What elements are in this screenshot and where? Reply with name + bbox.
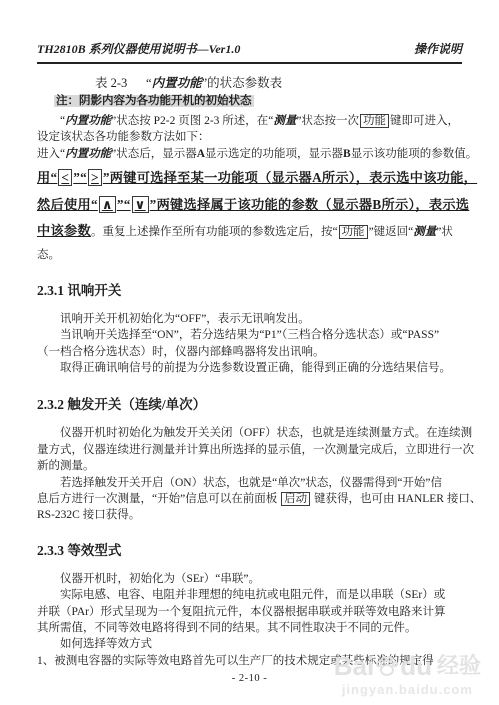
- page-header: TH2810B 系列仪器使用说明书—Ver1.0 操作说明: [37, 40, 462, 64]
- manual-page: TH2810B 系列仪器使用说明书—Ver1.0 操作说明 表 2-3 “内置功…: [0, 0, 499, 705]
- paw-icon: [375, 654, 399, 678]
- text-line: 并联（PAr）形式呈现为一个复阻抗元件，本仪器根据串联或并联等效电路来计算: [37, 604, 462, 620]
- text-line: （一档合格分选状态）时，仪器内部蜂鸣器将发出讯响。: [37, 344, 462, 360]
- header-right-title: 操作说明: [414, 40, 462, 57]
- text-line: 实际电感、电容、电阻并非理想的纯电抗或电阻元件，而是以串联（SEr）或: [37, 587, 462, 603]
- watermark-suffix: 经验: [437, 652, 481, 680]
- page-content: TH2810B 系列仪器使用说明书—Ver1.0 操作说明 表 2-3 “内置功…: [0, 40, 499, 684]
- header-left-title: TH2810B 系列仪器使用说明书—Ver1.0: [37, 40, 240, 57]
- text-line: 仪器开机时，初始化为（SEr）“串联”。: [37, 571, 462, 587]
- text-line: 仪器开机时初始化为触发开关关闭（OFF）状态，也就是连续测量方式。在连续测: [37, 425, 462, 441]
- text-line: RS-232C 接口获得。: [37, 507, 462, 523]
- watermark-url: jingyan.baidu.com: [334, 682, 481, 697]
- watermark-brand: Bai du 经验: [334, 652, 481, 680]
- underlined-instructions: 用“<”“>”两键可选择至某一功能项（显示器A所示），表示选中该功能， 然后使用…: [37, 165, 462, 264]
- text-line: 取得正确讯响信号的前提为分选参数设置正确，能得到正确的分选结果信号。: [37, 360, 462, 376]
- note-highlight: 注：阴影内容为各功能开机的初始状态: [54, 95, 254, 107]
- text-line: 讯响开关开机初始化为“OFF”，表示无讯响发出。: [37, 311, 462, 327]
- text-line: 如何选择等效方式: [37, 636, 462, 652]
- text-line: 其所需值，不同等效电路将得到不同的结果。其不同性取决于不同的元件。: [37, 620, 462, 636]
- text-line: 进入“内置功能”状态后，显示器A显示选定的功能项，显示器B显示该功能项的参数值。: [37, 146, 462, 162]
- baidu-jingyan-watermark: Bai du 经验 jingyan.baidu.com: [334, 652, 481, 697]
- text-line: “内置功能”状态按 P2-2 页图 2-3 所述，在“测量”状态按一次功能键即可…: [37, 113, 462, 129]
- text-line: 然后使用“∧”“∨”两键选择属于该功能的参数（显示器B所示），表示选: [37, 192, 462, 219]
- text-line: 息后方进行一次测量，“开始”信息可以在前面板 启动 键获得，也可由 HANLER…: [37, 491, 462, 507]
- watermark-brand-right: du: [400, 652, 432, 680]
- text-line: 中该参数。重复上述操作至所有功能项的参数选定后，按“功能”键返回“测量”状: [37, 218, 462, 246]
- text-line: 新的测量。: [37, 458, 462, 474]
- section-body-2-3-2: 仪器开机时初始化为触发开关关闭（OFF）状态，也就是连续测量方式。在连续测 量方…: [37, 425, 462, 523]
- section-heading-2-3-3: 2.3.3 等效型式: [37, 539, 462, 559]
- text-line: 态。: [37, 246, 462, 264]
- section-heading-2-3-2: 2.3.2 触发开关（连续/单次）: [37, 393, 462, 413]
- watermark-brand-left: Bai: [334, 652, 374, 680]
- note-line: 注：阴影内容为各功能开机的初始状态: [54, 94, 462, 109]
- text-line: 量方式，仪器连续进行测量并计算出所选择的显示值，一次测量完成后，立即进行一次: [37, 442, 462, 458]
- text-line: 设定该状态各功能参数方法如下：: [37, 129, 462, 145]
- table-caption: 表 2-3 “内置功能”的状态参数表: [95, 73, 462, 91]
- intro-paragraph: “内置功能”状态按 P2-2 页图 2-3 所述，在“测量”状态按一次功能键即可…: [37, 113, 462, 162]
- section-body-2-3-1: 讯响开关开机初始化为“OFF”，表示无讯响发出。 当讯响开关选择至“ON”，若分…: [37, 311, 462, 377]
- section-heading-2-3-1: 2.3.1 讯响开关: [37, 279, 462, 299]
- text-line: 当讯响开关选择至“ON”，若分选结果为“P1”（三档合格分选状态）或“PASS”: [37, 327, 462, 343]
- text-line: 用“<”“>”两键可选择至某一功能项（显示器A所示），表示选中该功能，: [37, 165, 462, 192]
- text-line: 若选择触发开关开启（ON）状态，也就是“单次”状态，仪器需得到“开始”信: [37, 475, 462, 491]
